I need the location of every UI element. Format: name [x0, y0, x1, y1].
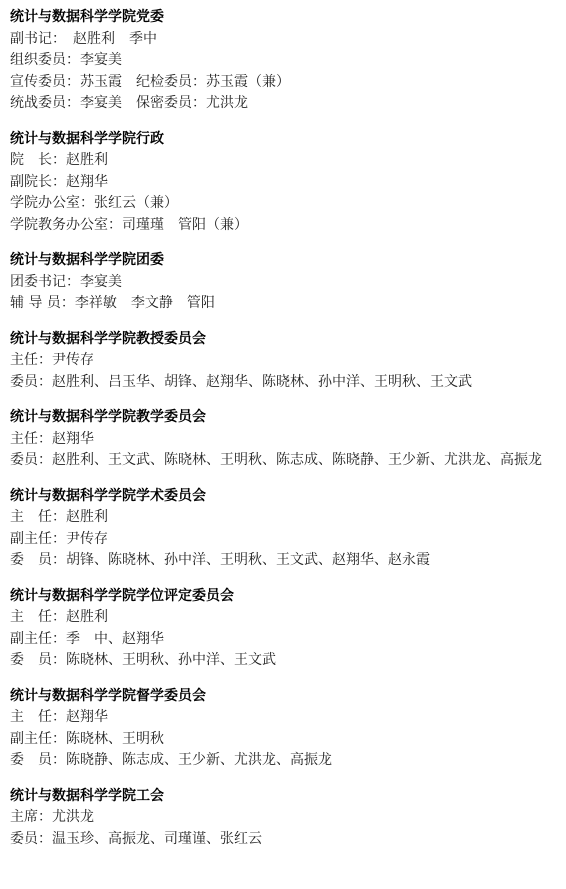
document-body: 统计与数据科学学院党委 副书记： 赵胜利 季中 组织委员：李宴美 宣传委员：苏玉…: [10, 7, 554, 850]
section-title: 统计与数据科学学院教授委员会: [10, 329, 554, 351]
section-academic-committee: 统计与数据科学学院学术委员会 主 任：赵胜利 副主任：尹传存 委 员：胡锋、陈晓…: [10, 486, 554, 572]
section-title: 统计与数据科学学院学术委员会: [10, 486, 554, 508]
section-labor-union: 统计与数据科学学院工会 主席：尤洪龙 委员：温玉珍、高振龙、司瑾谨、张红云: [10, 786, 554, 851]
section-title: 统计与数据科学学院工会: [10, 786, 554, 808]
section-title: 统计与数据科学学院督学委员会: [10, 686, 554, 708]
staff-line: 副主任：陈晓林、王明秋: [10, 729, 554, 751]
staff-line: 委 员：陈晓林、王明秋、孙中洋、王文武: [10, 650, 554, 672]
staff-line: 副主任：尹传存: [10, 529, 554, 551]
staff-line: 委 员：陈晓静、陈志成、王少新、尤洪龙、高振龙: [10, 750, 554, 772]
staff-line: 组织委员：李宴美: [10, 50, 554, 72]
section-supervision-committee: 统计与数据科学学院督学委员会 主 任：赵翔华 副主任：陈晓林、王明秋 委 员：陈…: [10, 686, 554, 772]
section-title: 统计与数据科学学院党委: [10, 7, 554, 29]
section-party-committee: 统计与数据科学学院党委 副书记： 赵胜利 季中 组织委员：李宴美 宣传委员：苏玉…: [10, 7, 554, 115]
section-title: 统计与数据科学学院教学委员会: [10, 407, 554, 429]
staff-line: 学院教务办公室：司瑾瑾 管阳（兼）: [10, 215, 554, 237]
staff-line: 副书记： 赵胜利 季中: [10, 29, 554, 51]
section-teaching-committee: 统计与数据科学学院教学委员会 主任：赵翔华 委员：赵胜利、王文武、陈晓林、王明秋…: [10, 407, 554, 472]
staff-line: 主席：尤洪龙: [10, 807, 554, 829]
section-degree-committee: 统计与数据科学学院学位评定委员会 主 任：赵胜利 副主任：季 中、赵翔华 委 员…: [10, 586, 554, 672]
staff-line: 委员：赵胜利、吕玉华、胡锋、赵翔华、陈晓林、孙中洋、王明秋、王文武: [10, 372, 554, 394]
staff-line: 学院办公室：张红云（兼）: [10, 193, 554, 215]
section-title: 统计与数据科学学院学位评定委员会: [10, 586, 554, 608]
staff-line: 委员：赵胜利、王文武、陈晓林、王明秋、陈志成、陈晓静、王少新、尤洪龙、高振龙: [10, 450, 554, 472]
staff-line: 宣传委员：苏玉霞 纪检委员：苏玉霞（兼）: [10, 72, 554, 94]
staff-line: 委员：温玉珍、高振龙、司瑾谨、张红云: [10, 829, 554, 851]
staff-line: 统战委员：李宴美 保密委员：尤洪龙: [10, 93, 554, 115]
staff-line: 主任：赵翔华: [10, 429, 554, 451]
staff-line: 辅 导 员：李祥敏 李文静 管阳: [10, 293, 554, 315]
staff-line: 主 任：赵翔华: [10, 707, 554, 729]
staff-line: 主任：尹传存: [10, 350, 554, 372]
staff-line: 团委书记：李宴美: [10, 272, 554, 294]
staff-line: 主 任：赵胜利: [10, 507, 554, 529]
section-youth-league: 统计与数据科学学院团委 团委书记：李宴美 辅 导 员：李祥敏 李文静 管阳: [10, 250, 554, 315]
section-title: 统计与数据科学学院团委: [10, 250, 554, 272]
section-professor-committee: 统计与数据科学学院教授委员会 主任：尹传存 委员：赵胜利、吕玉华、胡锋、赵翔华、…: [10, 329, 554, 394]
staff-line: 副院长：赵翔华: [10, 172, 554, 194]
section-administration: 统计与数据科学学院行政 院 长：赵胜利 副院长：赵翔华 学院办公室：张红云（兼）…: [10, 129, 554, 237]
staff-line: 委 员：胡锋、陈晓林、孙中洋、王明秋、王文武、赵翔华、赵永霞: [10, 550, 554, 572]
staff-line: 主 任：赵胜利: [10, 607, 554, 629]
staff-line: 副主任：季 中、赵翔华: [10, 629, 554, 651]
staff-line: 院 长：赵胜利: [10, 150, 554, 172]
section-title: 统计与数据科学学院行政: [10, 129, 554, 151]
